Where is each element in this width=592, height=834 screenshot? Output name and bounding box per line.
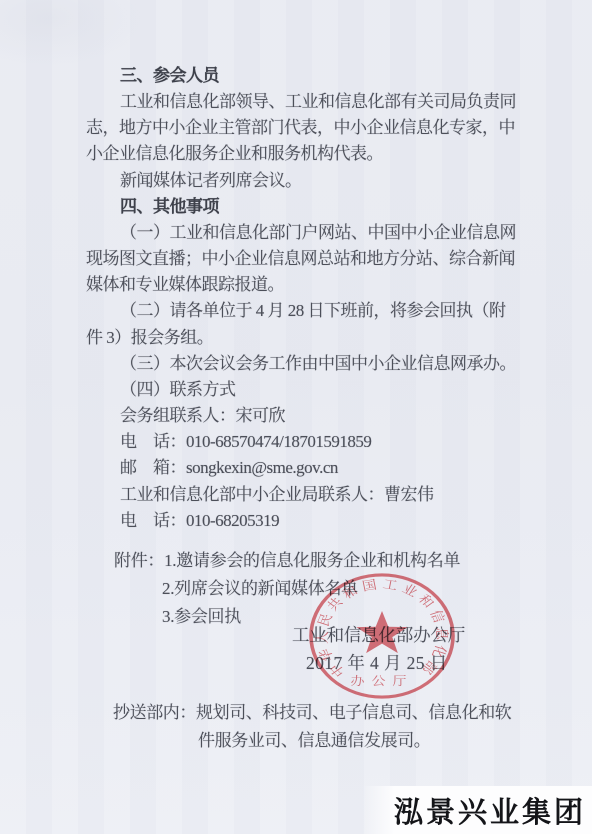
doc-line: （四）联系方式 (86, 377, 526, 403)
signature-date: 2017 年 4 月 25 日 (306, 650, 448, 676)
document-body: 三、参会人员 工业和信息化部领导、工业和信息化部有关司局负责同 志，地方中小企业… (86, 63, 526, 534)
doc-line: （三）本次会议会务工作由中国中小企业信息网承办。 (86, 351, 526, 377)
seal-office-text: 办公厅 (351, 674, 414, 688)
doc-line: 件 3）报会务组。 (86, 325, 526, 351)
doc-line: 小企业信息化服务企业和服务机构代表。 (86, 141, 526, 167)
attachment-item: 附件：1.邀请参会的信息化服务企业和机构名单 (114, 547, 460, 575)
doc-line: 志，地方中小企业主管部门代表，中小企业信息化专家，中 (86, 115, 526, 141)
signature-org: 工业和信息化部办公厅 (292, 622, 465, 648)
cc-line: 件服务业司、信息通信发展司。 (113, 727, 543, 755)
document-page: 三、参会人员 工业和信息化部领导、工业和信息化部有关司局负责同 志，地方中小企业… (0, 0, 592, 834)
cc-line: 抄送部内：规划司、科技司、电子信息司、信息化和软 (113, 699, 543, 727)
doc-line: 现场图文直播；中小企业信息网总站和地方分站、综合新闻 (86, 246, 526, 272)
doc-line: 新闻媒体记者列席会议。 (86, 168, 526, 194)
attachment-item: 2.列席会议的新闻媒体名单 (114, 575, 460, 603)
cc-block: 抄送部内：规划司、科技司、电子信息司、信息化和软 件服务业司、信息通信发展司。 (113, 699, 543, 754)
doc-line: （二）请各单位于 4 月 28 日下班前，将参会回执（附 (86, 298, 526, 324)
contact-phone-line: 电 话：010-68205319 (86, 508, 526, 534)
doc-line: 媒体和专业媒体跟踪报道。 (86, 272, 526, 298)
contact-email-line: 邮 箱：songkexin@sme.gov.cn (86, 455, 526, 481)
contact-person-line: 工业和信息化部中小企业局联系人：曹宏伟 (86, 482, 526, 508)
attachments-list: 附件：1.邀请参会的信息化服务企业和机构名单 2.列席会议的新闻媒体名单 3.参… (114, 547, 460, 632)
contact-person-line: 会务组联系人：宋可欣 (86, 403, 526, 429)
contact-phone-line: 电 话：010-68570474/18701591859 (86, 429, 526, 455)
watermark-text: 泓景兴业集团 (394, 790, 586, 831)
section-heading: 四、其他事项 (86, 194, 526, 220)
doc-line: 工业和信息化部领导、工业和信息化部有关司局负责同 (86, 89, 526, 115)
doc-line: （一）工业和信息化部门户网站、中国中小企业信息网 (86, 220, 526, 246)
watermark-strip: 泓景兴业集团 (362, 786, 592, 834)
section-heading: 三、参会人员 (86, 63, 526, 89)
